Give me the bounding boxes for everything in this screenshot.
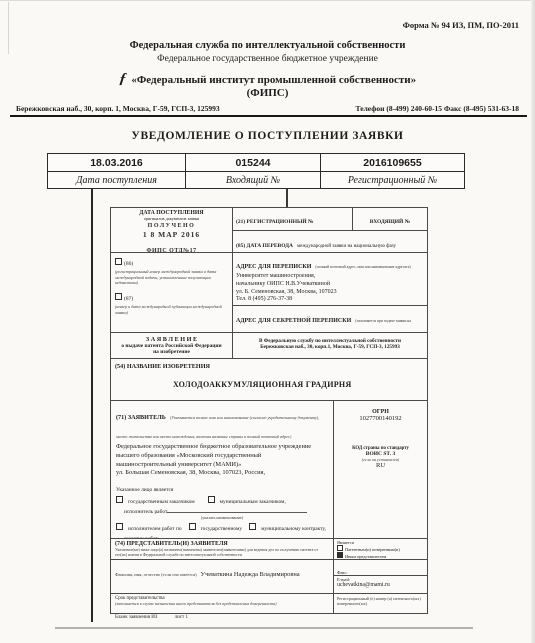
field-86-label: (86): [124, 261, 133, 267]
representative-header-cell: (74) ПРЕДСТАВИТЕЛЬ(И) ЗАЯВИТЕЛЯ Указанно…: [111, 539, 334, 560]
secret-correspondence-label: АДРЕС ДЛЯ СЕКРЕТНОЙ ПЕРЕПИСКИ: [236, 318, 351, 324]
form-footer-left: Бланк заявления ИЗ: [115, 615, 157, 620]
applicant-cell: (71) ЗАЯВИТЕЛЬ (Указывается полное имя и…: [111, 401, 334, 539]
letterhead-rule: [10, 115, 527, 117]
letterhead-address-row: Бережковская наб., 30, корп. 1, Москва, …: [16, 104, 519, 113]
form-footer: Бланк заявления ИЗ лист 1: [115, 615, 188, 620]
fio-label: Фамилия, имя, отчество (если оно имеется…: [115, 572, 197, 577]
form-number: Форма № 94 ИЗ, ПМ, ПО-2011: [403, 20, 519, 30]
invention-label: (54) НАЗВАНИЕ ИЗОБРЕТЕНИЯ: [115, 363, 423, 370]
receipt-registration-value: 2016109655: [321, 154, 464, 171]
incoming-no-label: ВХОДЯЩИЙ №: [370, 219, 410, 225]
receipt-values-row: 18.03.2016 015244 2016109655: [48, 154, 464, 171]
transfer-date-cell: (85) ДАТА ПЕРЕВОДА международной заявки …: [233, 231, 427, 253]
applicant-label: (71) ЗАЯВИТЕЛЬ: [116, 414, 166, 421]
correspondence-address-cell: АДРЕС ДЛЯ ПЕРЕПИСКИ (полный почтовый адр…: [233, 253, 427, 306]
representative-person-cell: Фамилия, имя, отчество (если оно имеется…: [111, 560, 334, 594]
country-code-value: RU: [334, 462, 427, 469]
intl-numbers-cell: (86) (регистрационный номер международно…: [111, 253, 233, 333]
date-received-subtitle: оригиналов документов заявки: [111, 216, 232, 221]
executor-blank-line: [167, 507, 307, 513]
institute-name: «Федеральный институт промышленной собст…: [131, 74, 416, 86]
institute-address: Бережковская наб., 30, корп. 1, Москва, …: [16, 104, 220, 113]
attorney-reg-no-cell: Регистрационный (е) номер (а) патентного…: [334, 594, 427, 613]
document-title: УВЕДОМЛЕНИЕ О ПОСТУПЛЕНИИ ЗАЯВКИ: [0, 130, 535, 142]
person-is-label: Указанное лицо является: [116, 487, 328, 493]
patent-attorney-row: Патентным(и) поверенным(и): [337, 545, 424, 552]
checkbox-86: [115, 258, 122, 265]
institute-abbr: (ФИПС): [0, 87, 535, 99]
checkbox-87: [115, 293, 122, 300]
correspondence-line4: Тел. 8 (495) 276-37-38: [236, 296, 424, 304]
representative-type-cell: Является Патентным(и) поверенным(и) Иным…: [334, 539, 427, 560]
statement-line3: на изобретение: [111, 349, 232, 355]
representation-term-cell: Срок представительства (заполняется в сл…: [111, 594, 334, 613]
executor-line: исполнитель работ: [124, 507, 328, 515]
scan-artifact-tick: [286, 187, 288, 208]
registration-no-cell: (21) РЕГИСТРАЦИОННЫЙ №: [233, 208, 353, 231]
institute-contacts: Телефон (8-499) 240-60-15 Факс (8-495) 5…: [356, 104, 519, 113]
field-87-label: (87): [124, 296, 133, 302]
statement-cell: З А Я В Л Е Н И Е о выдаче патента Росси…: [111, 333, 233, 359]
addressee-cell: В Федеральную службу по интеллектуальной…: [233, 333, 427, 359]
term-note: (заполняется в случае назначения иного п…: [115, 601, 329, 606]
org-name-line2: Федеральное государственное бюджетное уч…: [0, 54, 535, 64]
field-87-note: (номер и дата международной публикации м…: [115, 304, 228, 315]
scan-artifact-left-line: [91, 183, 93, 622]
correspondence-line2: начальнику ОИПС Н.В.Учеваткиной: [236, 281, 424, 289]
field-86-row: (86): [115, 258, 228, 267]
applicant-line2: высшего образования «Московский государс…: [116, 452, 328, 461]
field-86-note: (регистрационный номер международной зая…: [115, 269, 228, 286]
institute-row: ƒ «Федеральный институт промышленной соб…: [0, 71, 535, 88]
patent-attorney-label: Патентным(и) поверенным(и): [345, 547, 400, 552]
receipt-labels-row: Дата поступления Входящий № Регистрацион…: [48, 171, 464, 188]
addressee-line2: Бережковская наб., 30, корп.1, Москва, Г…: [233, 344, 427, 350]
ogrn-country-cell: ОГРН 1027700140192 КОД страны по стандар…: [334, 401, 427, 539]
receipt-date-value: 18.03.2016: [48, 154, 186, 171]
fips-logo-icon: ƒ: [118, 71, 128, 88]
email-value: uchevatkina@mami.ru: [337, 582, 424, 588]
state-contract-label: государственному: [201, 526, 243, 532]
stamp-date: 1 8 МАР 2016: [111, 230, 232, 239]
transfer-date-label: (85) ДАТА ПЕРЕВОДА: [236, 243, 293, 249]
specify-name-note-1: (указать наименование): [116, 515, 328, 520]
registration-no-label: (21) РЕГИСТРАЦИОННЫЙ №: [236, 219, 314, 225]
receipt-date-label: Дата поступления: [48, 172, 186, 188]
scan-edge-top: [0, 0, 535, 1]
checkbox-patent-attorney: [337, 545, 343, 551]
correspondence-note: (полный почтовый адрес, имя или наименов…: [315, 265, 410, 269]
scanned-notification-page: Форма № 94 ИЗ, ПМ, ПО-2011 Федеральная с…: [0, 0, 535, 643]
applicant-line3: машиностроительный университет (МАМИ)»: [116, 461, 328, 470]
statement-line1: З А Я В Л Е Н И Е: [111, 336, 232, 343]
municipal-customer-label: муниципальным заказчиком,: [220, 499, 286, 505]
scan-artifact-bottom-line: [55, 627, 473, 629]
fax-label: Факс:: [337, 570, 348, 575]
executor-label: исполнитель работ: [124, 509, 167, 515]
receipt-incoming-value: 015244: [186, 154, 321, 171]
receipt-registration-label: Регистрационный №: [321, 172, 464, 188]
receipt-table: 18.03.2016 015244 2016109655 Дата поступ…: [47, 153, 465, 189]
invention-name: ХОЛОДОАККУМУЛЯЦИОННАЯ ГРАДИРНЯ: [173, 380, 423, 389]
applicant-line4: ул. Большая Семеновская, 38, Москва, 107…: [116, 469, 328, 478]
stamp-received: ПОЛУЧЕНО: [111, 223, 232, 229]
checkbox-other-representative: [337, 552, 343, 558]
state-customer-label: государственным заказчиком: [128, 499, 195, 505]
invention-title-cell: (54) НАЗВАНИЕ ИЗОБРЕТЕНИЯ ХОЛОДОАККУМУЛЯ…: [111, 359, 427, 401]
fio-value: Учеваткина Надежда Владимировна: [201, 571, 300, 578]
checkbox-executor: [116, 523, 123, 530]
field-87-row: (87): [115, 293, 228, 302]
email-cell: E-mail: uchevatkina@mami.ru: [334, 576, 427, 594]
secret-correspondence-cell: АДРЕС ДЛЯ СЕКРЕТНОЙ ПЕРЕПИСКИ (заполняет…: [233, 306, 427, 333]
checkbox-municipal-contract: [249, 523, 256, 530]
checkbox-municipal-customer: [208, 496, 215, 503]
correspondence-line1: Университет машиностроения,: [236, 273, 424, 281]
incoming-no-cell: ВХОДЯЩИЙ №: [353, 208, 427, 231]
checkbox-state-contract: [189, 523, 196, 530]
municipal-contract-label: муниципальному контракту,: [261, 526, 326, 532]
representative-note: Указанное(ые) ниже лицо(а) назначено(наз…: [115, 547, 329, 557]
attorney-reg-no-note: Регистрационный (е) номер (а) патентного…: [337, 596, 424, 607]
applicant-line1: Федеральное государственное бюджетное об…: [116, 443, 328, 452]
org-name-line1: Федеральная служба по интеллектуальной с…: [0, 40, 535, 51]
application-form: ДАТА ПОСТУПЛЕНИЯ оригиналов документов з…: [110, 207, 428, 614]
fax-cell: Факс:: [334, 560, 427, 576]
correspondence-label: АДРЕС ДЛЯ ПЕРЕПИСКИ: [236, 264, 311, 270]
receipt-incoming-label: Входящий №: [186, 172, 321, 188]
date-received-cell: ДАТА ПОСТУПЛЕНИЯ оригиналов документов з…: [111, 208, 233, 253]
ogrn-value: 1027700140192: [334, 415, 427, 422]
other-representative-row: Иным представителем: [337, 552, 424, 559]
contract-checkbox-row: исполнителем работ по государственному м…: [116, 523, 328, 532]
checkbox-state-customer: [116, 496, 123, 503]
customer-checkbox-row: государственным заказчиком муниципальным…: [116, 496, 328, 505]
executor-of-works-label: исполнителем работ по: [128, 526, 182, 532]
form-footer-sheet: лист 1: [175, 615, 188, 620]
transfer-date-note: международной заявки на национальную фаз…: [297, 244, 396, 249]
